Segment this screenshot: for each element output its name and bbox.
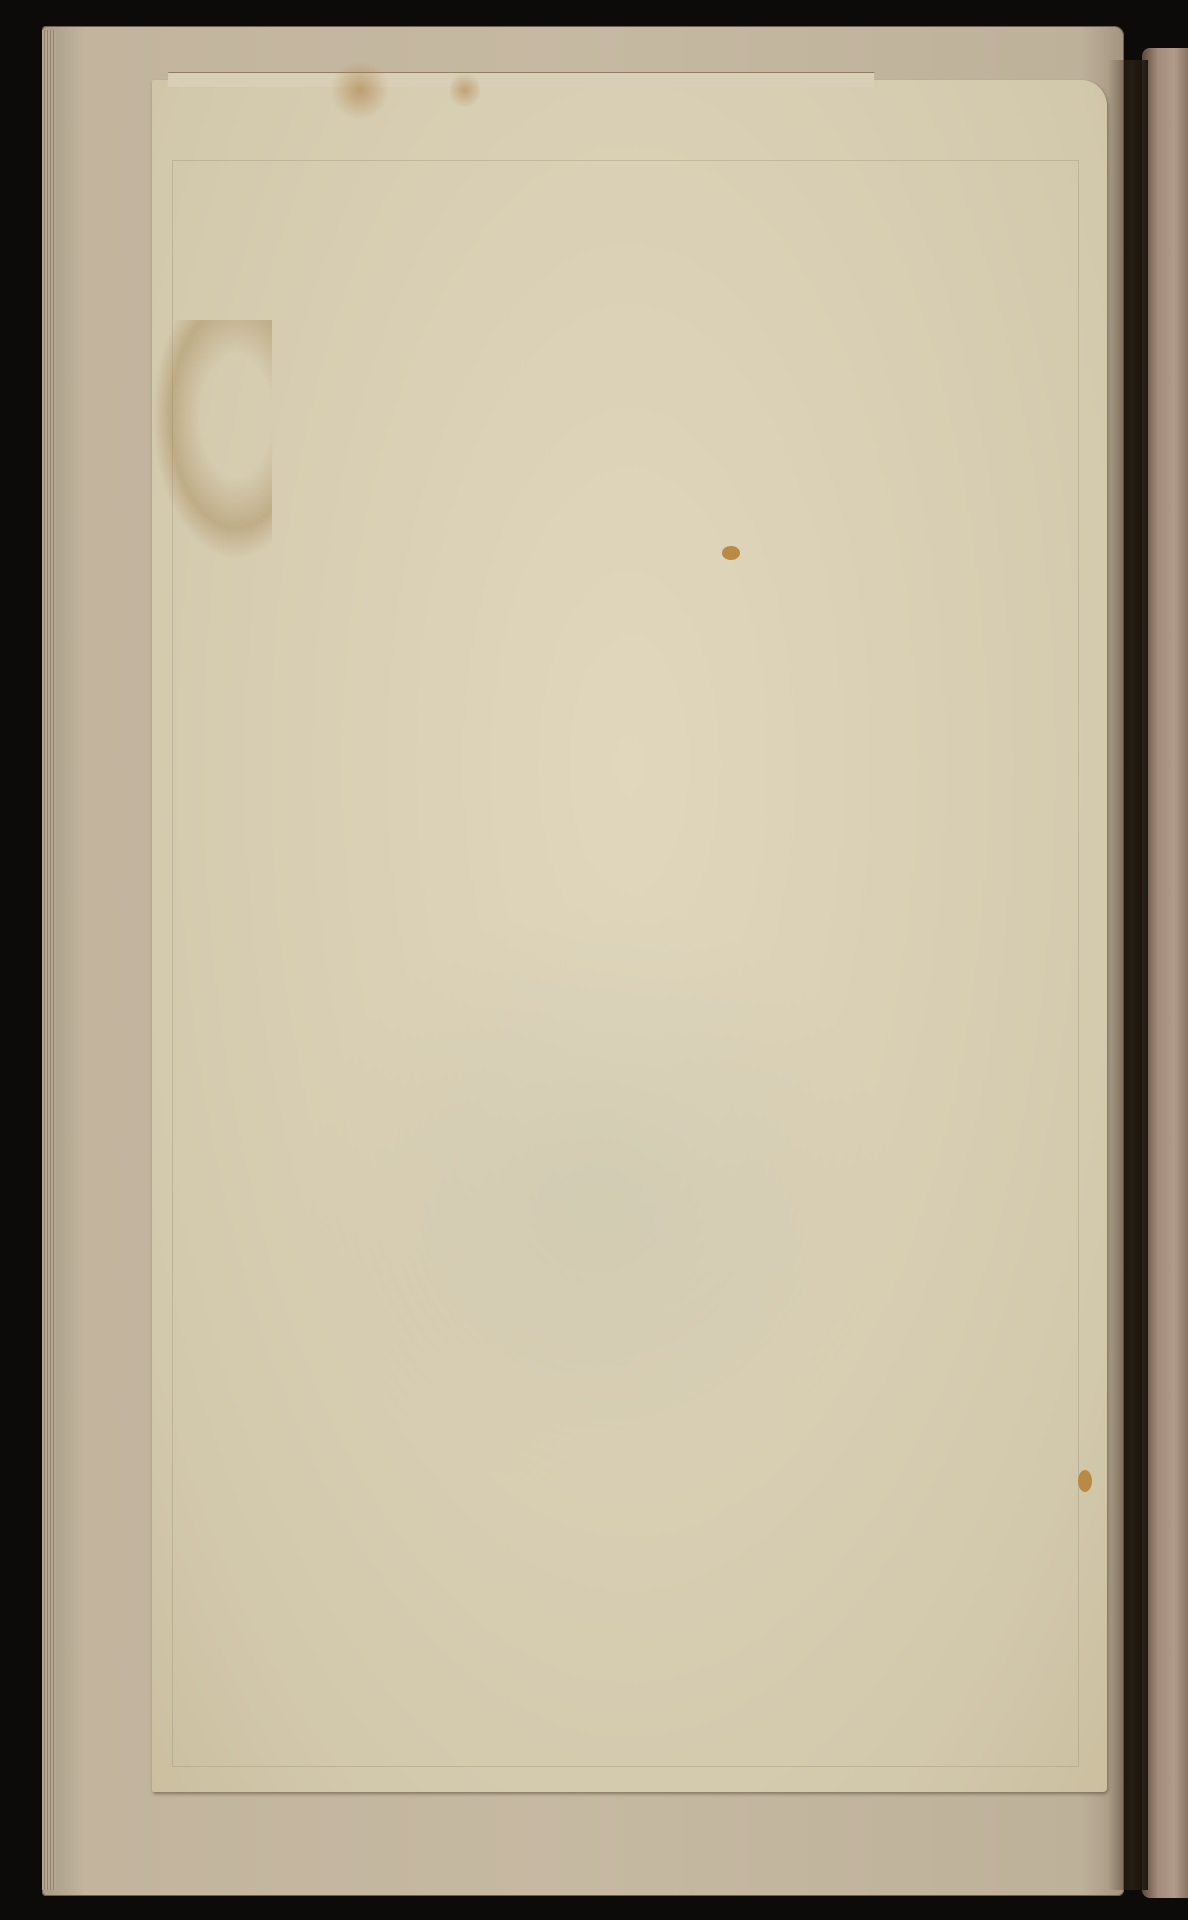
show-through-text <box>640 340 1040 520</box>
sheet-top-fold <box>168 72 875 87</box>
foxing-area <box>300 900 900 1500</box>
adjacent-page-edge <box>1142 48 1188 1898</box>
spine-shadow <box>1108 60 1148 1890</box>
stain-top-left <box>330 60 390 120</box>
foxing-spot-edge <box>1078 1470 1092 1492</box>
foxing-spot <box>722 546 740 560</box>
stain-top-mid <box>450 70 480 110</box>
page-block-edge <box>42 30 56 1890</box>
water-stain <box>152 320 272 560</box>
